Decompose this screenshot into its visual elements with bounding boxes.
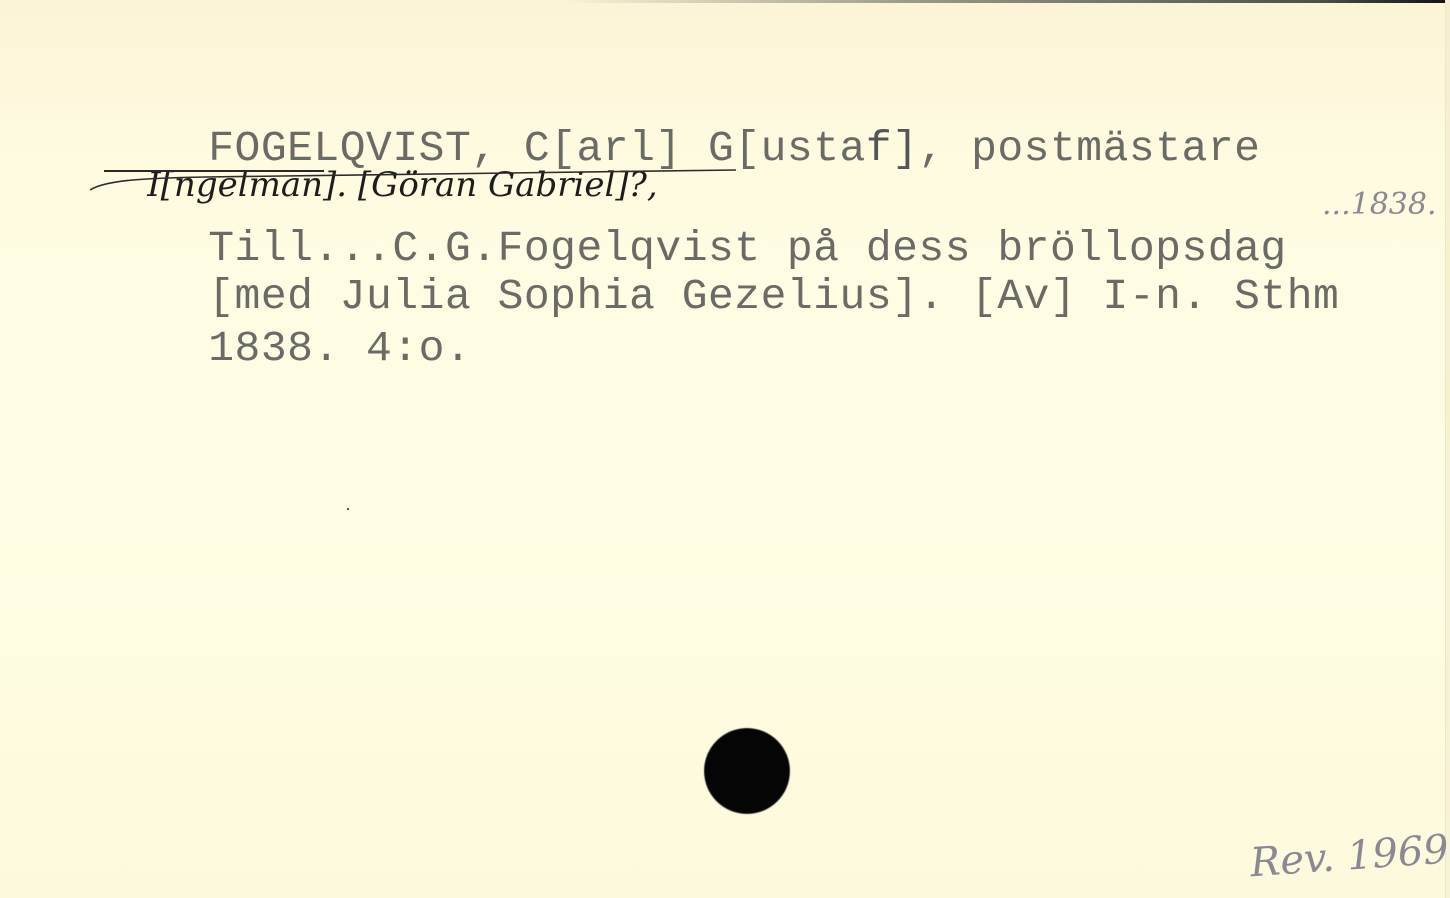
body-imprint-text: 1838. 4:o. bbox=[208, 324, 471, 373]
catalog-card: FOGELQVIST, C[arl] G[ustaf], postmästare… bbox=[0, 0, 1450, 898]
card-top-edge-shadow bbox=[560, 0, 1450, 3]
handwritten-date-addition: ...1838. bbox=[1322, 190, 1437, 220]
body-line-3: 1838. 4:o. bbox=[103, 284, 471, 413]
heading-occupation: , postmästare bbox=[918, 124, 1260, 173]
paper-speck bbox=[347, 508, 349, 510]
heading-bracket-correction: f] bbox=[866, 124, 919, 173]
punch-hole bbox=[705, 729, 789, 813]
revision-note: Rev. 1969. bbox=[1249, 829, 1450, 884]
card-right-edge bbox=[1445, 0, 1450, 898]
